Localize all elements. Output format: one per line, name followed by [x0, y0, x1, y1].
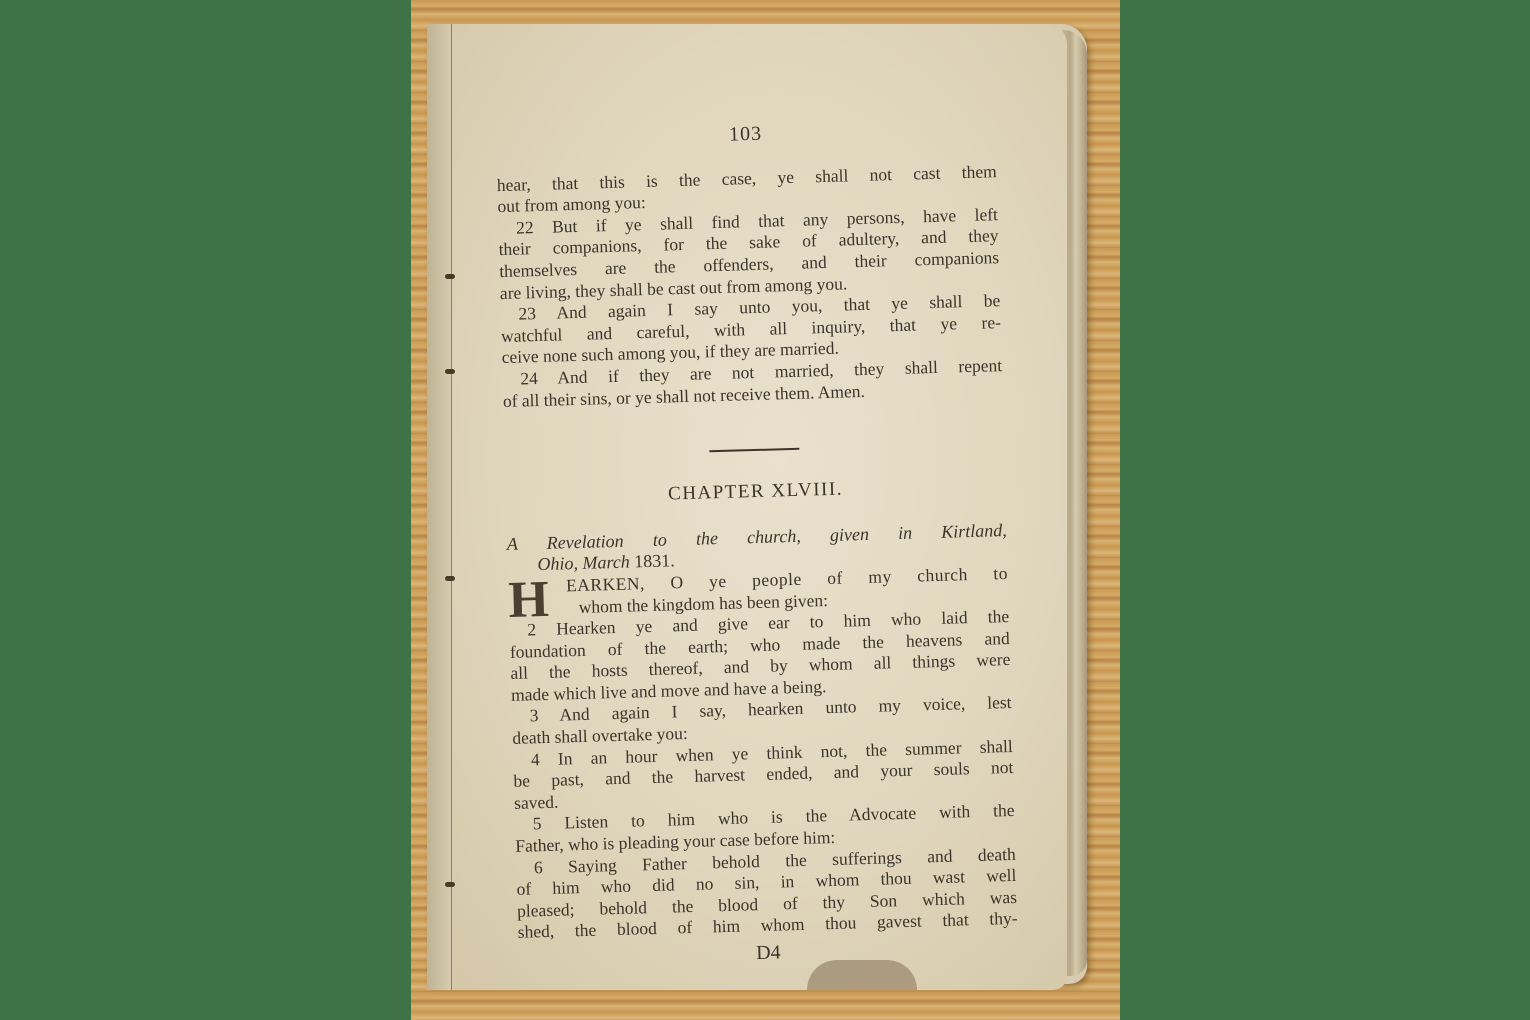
- drop-cap: H: [508, 578, 550, 623]
- stitch-hole: [445, 576, 455, 581]
- heading-place: Ohio, March: [537, 552, 630, 575]
- stitch-hole: [445, 369, 455, 374]
- water-stain: [807, 960, 917, 990]
- section-divider: [709, 448, 799, 453]
- chapter-title: CHAPTER XLVIII.: [505, 474, 1005, 510]
- page-number: 103: [495, 117, 995, 153]
- book: 103 hear, that this is the case, ye shal…: [427, 24, 1087, 984]
- heading-year: 1831.: [629, 551, 675, 572]
- stitch-hole: [445, 274, 455, 279]
- previous-chapter-ending: hear, that this is the case, ye shall no…: [497, 161, 1003, 412]
- chapter-verses: 2 Hearken ye and give ear to him who lai…: [509, 606, 1018, 944]
- binding-gutter: [427, 24, 452, 990]
- page-text: 103 hear, that this is the case, ye shal…: [495, 117, 1018, 971]
- book-photo: 103 hear, that this is the case, ye shal…: [411, 0, 1120, 1020]
- book-page: 103 hear, that this is the case, ye shal…: [427, 24, 1067, 990]
- stitch-hole: [445, 882, 455, 887]
